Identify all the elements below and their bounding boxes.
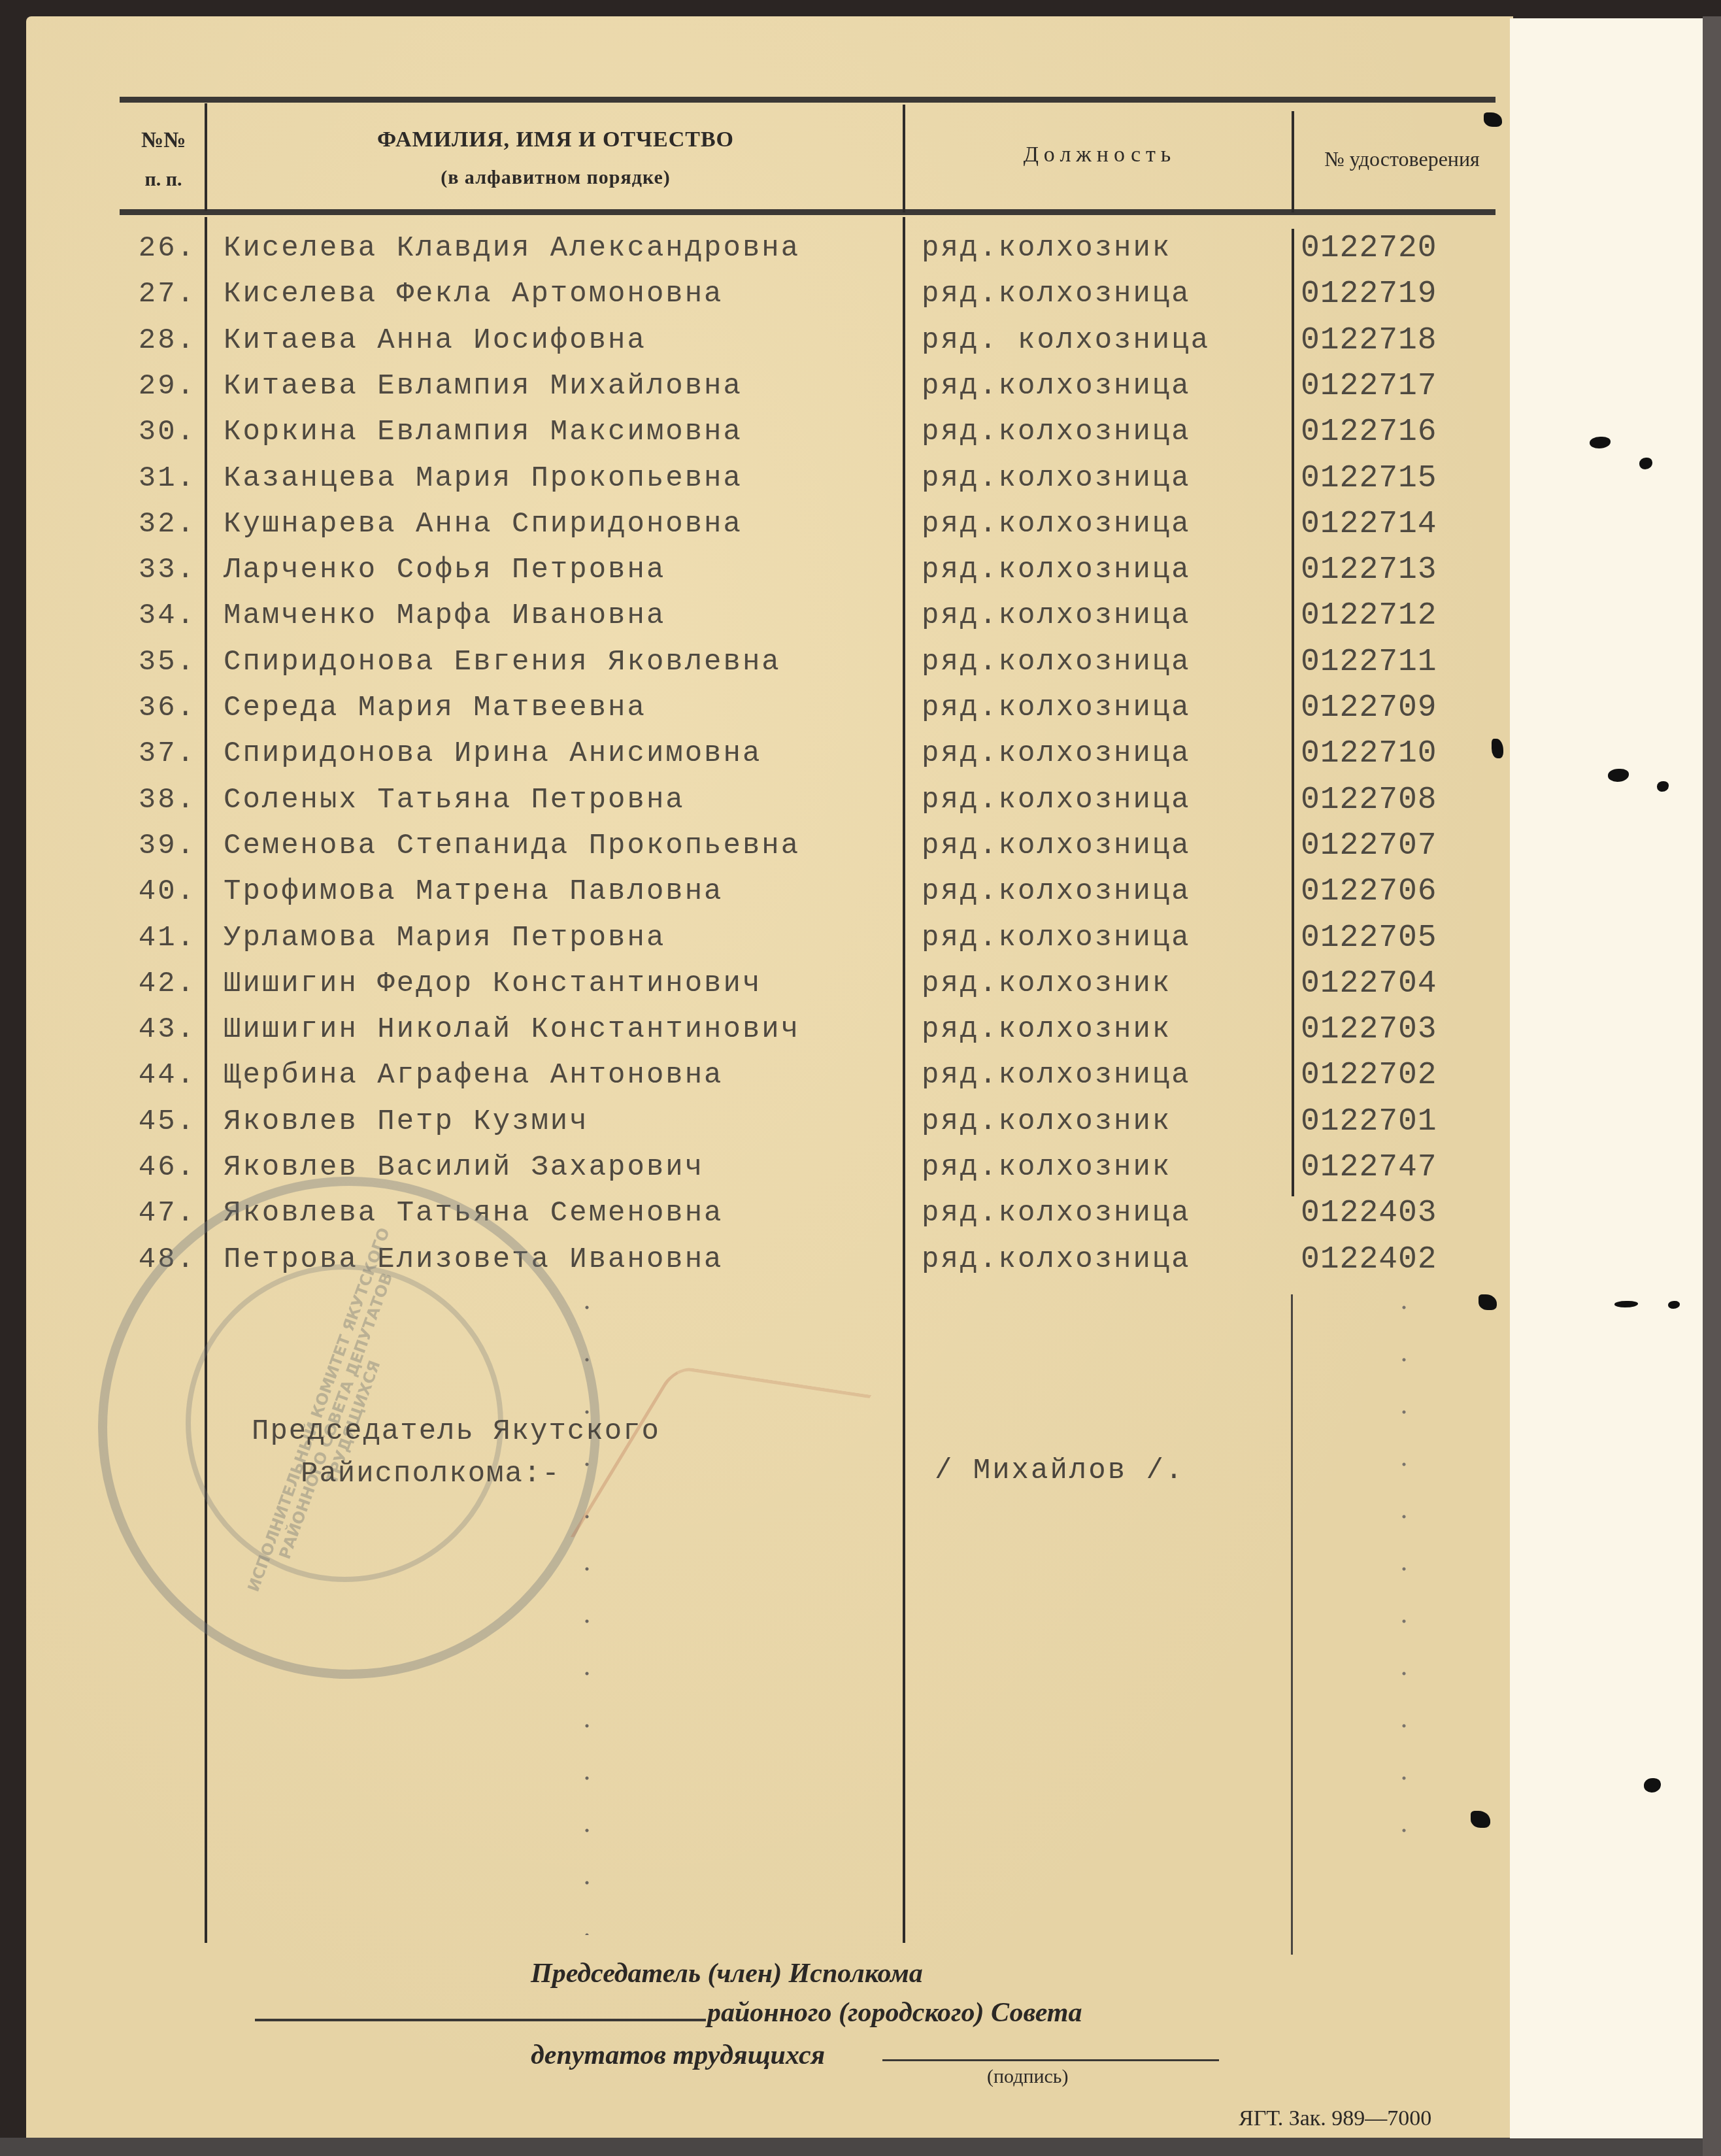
row-full-name: Щербина Аграфена Антоновна	[224, 1053, 724, 1098]
row-full-name: Коркина Евлампия Максимовна	[224, 409, 743, 455]
row-position: ряд.колхозник	[922, 1145, 1171, 1190]
row-number: 36.	[124, 685, 196, 731]
printer-order-mark: ЯГТ. Зак. 989—7000	[1239, 2106, 1431, 2131]
row-certificate-number: 0122711	[1301, 639, 1437, 685]
row-certificate-number: 0122747	[1301, 1145, 1437, 1190]
row-position: ряд.колхозница	[922, 915, 1191, 961]
table-row: 26.Киселева Клавдия Александровнаряд.кол…	[0, 226, 1510, 271]
table-row: 40.Трофимова Матрена Павловнаряд.колхозн…	[0, 869, 1510, 915]
row-certificate-number: 0122403	[1301, 1190, 1437, 1236]
table-row: 39.Семенова Степанида Прокопьевнаряд.кол…	[0, 823, 1510, 869]
row-position: ряд.колхозник	[922, 1099, 1171, 1145]
row-number: 26.	[124, 226, 196, 271]
table-row: 36.Середа Мария Матвеевнаряд.колхозница0…	[0, 685, 1510, 731]
row-number: 44.	[124, 1053, 196, 1098]
row-position: ряд.колхозница	[922, 409, 1191, 455]
row-full-name: Семенова Степанида Прокопьевна	[224, 823, 800, 869]
footer-blank-line-1	[255, 2019, 706, 2021]
row-number: 47.	[124, 1190, 196, 1236]
row-position: ряд.колхозница	[922, 1053, 1191, 1098]
row-full-name: Соленых Татьяна Петровна	[224, 777, 685, 823]
table-row: 28.Китаева Анна Иосифовнаряд. колхозница…	[0, 318, 1510, 363]
row-number: 34.	[124, 593, 196, 639]
row-position: ряд.колхозница	[922, 639, 1191, 685]
signature-caption: (подпись)	[987, 2066, 1069, 2088]
binding-strip	[1510, 18, 1703, 2138]
row-number: 29.	[124, 363, 196, 409]
column-divider-position	[903, 105, 905, 212]
table-row: 35.Спиридонова Евгения Яковлевнаряд.колх…	[0, 639, 1510, 685]
row-full-name: Ларченко Софья Петровна	[224, 547, 665, 593]
row-full-name: Середа Мария Матвеевна	[224, 685, 646, 731]
row-full-name: Яковлев Петр Кузмич	[224, 1099, 589, 1145]
row-certificate-number: 0122704	[1301, 961, 1437, 1007]
scan-background-bottom	[0, 2138, 1721, 2156]
row-full-name: Казанцева Мария Прокопьевна	[224, 456, 743, 501]
header-number-sub: п. п.	[124, 160, 203, 199]
row-position: ряд.колхозница	[922, 685, 1191, 731]
row-position: ряд.колхозник	[922, 961, 1171, 1007]
row-certificate-number: 0122709	[1301, 685, 1437, 731]
row-position: ряд.колхозница	[922, 869, 1191, 915]
header-name: ФАМИЛИЯ, ИМЯ И ОТЧЕСТВО (в алфавитном по…	[209, 121, 902, 197]
table-row: 43.Шишигин Николай Константиновичряд.кол…	[0, 1007, 1510, 1053]
row-full-name: Спиридонова Евгения Яковлевна	[224, 639, 781, 685]
row-full-name: Киселева Клавдия Александровна	[224, 226, 800, 271]
row-number: 30.	[124, 409, 196, 455]
table-row: 32.Кушнарева Анна Спиридоновнаряд.колхоз…	[0, 501, 1510, 547]
row-certificate-number: 0122701	[1301, 1099, 1437, 1145]
header-certificate: № удостоверения	[1297, 147, 1507, 171]
row-full-name: Китаева Анна Иосифовна	[224, 318, 646, 363]
row-number: 33.	[124, 547, 196, 593]
row-certificate-number: 0122714	[1301, 501, 1437, 547]
row-full-name: Урламова Мария Петровна	[224, 915, 665, 961]
header-position: Должность	[909, 143, 1291, 167]
row-certificate-number: 0122702	[1301, 1053, 1437, 1098]
row-position: ряд.колхозник	[922, 1007, 1171, 1053]
table-row: 29.Китаева Евлампия Михайловнаряд.колхоз…	[0, 363, 1510, 409]
header-number-label: №№	[124, 121, 203, 160]
row-number: 38.	[124, 777, 196, 823]
row-certificate-number: 0122707	[1301, 823, 1437, 869]
table-row: 44.Щербина Аграфена Антоновнаряд.колхозн…	[0, 1053, 1510, 1098]
row-certificate-number: 0122708	[1301, 777, 1437, 823]
table-row: 41.Урламова Мария Петровнаряд.колхозница…	[0, 915, 1510, 961]
row-number: 46.	[124, 1145, 196, 1190]
row-position: ряд.колхозница	[922, 456, 1191, 501]
row-number: 41.	[124, 915, 196, 961]
footer-line-2: районного (городского) Совета	[707, 1997, 1082, 2029]
header-top-rule	[120, 97, 1495, 103]
scan-background-right	[1703, 16, 1721, 2156]
row-number: 40.	[124, 869, 196, 915]
row-certificate-number: 0122710	[1301, 731, 1437, 777]
row-position: ряд.колхозница	[922, 1190, 1191, 1236]
row-position: ряд.колхозница	[922, 547, 1191, 593]
row-position: ряд.колхозница	[922, 1237, 1191, 1283]
row-certificate-number: 0122716	[1301, 409, 1437, 455]
table-row: 42.Шишигин Федор Константиновичряд.колхо…	[0, 961, 1510, 1007]
dotted-guide-left	[585, 1281, 589, 1935]
table-row: 34.Мамченко Марфа Ивановнаряд.колхозница…	[0, 593, 1510, 639]
row-certificate-number: 0122719	[1301, 271, 1437, 317]
row-full-name: Шишигин Николай Константинович	[224, 1007, 800, 1053]
row-certificate-number: 0122720	[1301, 226, 1437, 271]
row-position: ряд.колхозница	[922, 593, 1191, 639]
table-row: 27.Киселева Фекла Артомоновнаряд.колхозн…	[0, 271, 1510, 317]
header-bottom-rule	[120, 209, 1495, 215]
row-certificate-number: 0122703	[1301, 1007, 1437, 1053]
row-position: ряд.колхозница	[922, 731, 1191, 777]
row-number: 43.	[124, 1007, 196, 1053]
column-divider-right-edge	[1291, 1294, 1293, 1955]
row-certificate-number: 0122715	[1301, 456, 1437, 501]
row-number: 35.	[124, 639, 196, 685]
row-certificate-number: 0122706	[1301, 869, 1437, 915]
row-certificate-number: 0122705	[1301, 915, 1437, 961]
row-number: 39.	[124, 823, 196, 869]
row-number: 27.	[124, 271, 196, 317]
dotted-guide-right	[1402, 1281, 1406, 1870]
row-certificate-number: 0122402	[1301, 1237, 1437, 1283]
table-row: 33.Ларченко Софья Петровнаряд.колхозница…	[0, 547, 1510, 593]
column-divider-certificate	[1292, 111, 1294, 212]
row-position: ряд.колхозница	[922, 777, 1191, 823]
signatory-name: / Михайлов /.	[935, 1455, 1184, 1487]
header-number: №№ п. п.	[124, 121, 203, 199]
table-row: 37.Спиридонова Ирина Анисимовнаряд.колхо…	[0, 731, 1510, 777]
header-name-label: ФАМИЛИЯ, ИМЯ И ОТЧЕСТВО	[209, 121, 902, 159]
row-full-name: Киселева Фекла Артомоновна	[224, 271, 724, 317]
row-full-name: Кушнарева Анна Спиридоновна	[224, 501, 743, 547]
row-number: 37.	[124, 731, 196, 777]
header-name-sub: (в алфавитном порядке)	[209, 159, 902, 197]
row-full-name: Мамченко Марфа Ивановна	[224, 593, 665, 639]
footer-line-1: Председатель (член) Исполкома	[531, 1958, 923, 1989]
column-divider-no	[205, 103, 207, 211]
row-position: ряд.колхозница	[922, 501, 1191, 547]
row-full-name: Шишигин Федор Константинович	[224, 961, 761, 1007]
row-certificate-number: 0122713	[1301, 547, 1437, 593]
row-position: ряд. колхозница	[922, 318, 1210, 363]
table-row: 30.Коркина Евлампия Максимовнаряд.колхоз…	[0, 409, 1510, 455]
row-number: 45.	[124, 1099, 196, 1145]
row-position: ряд.колхозник	[922, 226, 1171, 271]
row-position: ряд.колхозница	[922, 363, 1191, 409]
row-full-name: Спиридонова Ирина Анисимовна	[224, 731, 761, 777]
row-certificate-number: 0122717	[1301, 363, 1437, 409]
row-full-name: Трофимова Матрена Павловна	[224, 869, 724, 915]
footer-line-3: депутатов трудящихся	[531, 2040, 825, 2071]
row-certificate-number: 0122718	[1301, 318, 1437, 363]
row-number: 32.	[124, 501, 196, 547]
signature-blank-line	[882, 2059, 1219, 2061]
table-row: 45.Яковлев Петр Кузмичряд.колхозник01227…	[0, 1099, 1510, 1145]
row-position: ряд.колхозница	[922, 271, 1191, 317]
row-position: ряд.колхозница	[922, 823, 1191, 869]
table-row: 31.Казанцева Мария Прокопьевнаряд.колхоз…	[0, 456, 1510, 501]
table-row: 46.Яковлев Василий Захаровичряд.колхозни…	[0, 1145, 1510, 1190]
row-certificate-number: 0122712	[1301, 593, 1437, 639]
row-full-name: Китаева Евлампия Михайловна	[224, 363, 743, 409]
row-number: 28.	[124, 318, 196, 363]
table-row: 38.Соленых Татьяна Петровнаряд.колхозниц…	[0, 777, 1510, 823]
signatory-title-line2: Райисполкома:-	[301, 1448, 561, 1500]
row-number: 42.	[124, 961, 196, 1007]
row-number: 31.	[124, 456, 196, 501]
